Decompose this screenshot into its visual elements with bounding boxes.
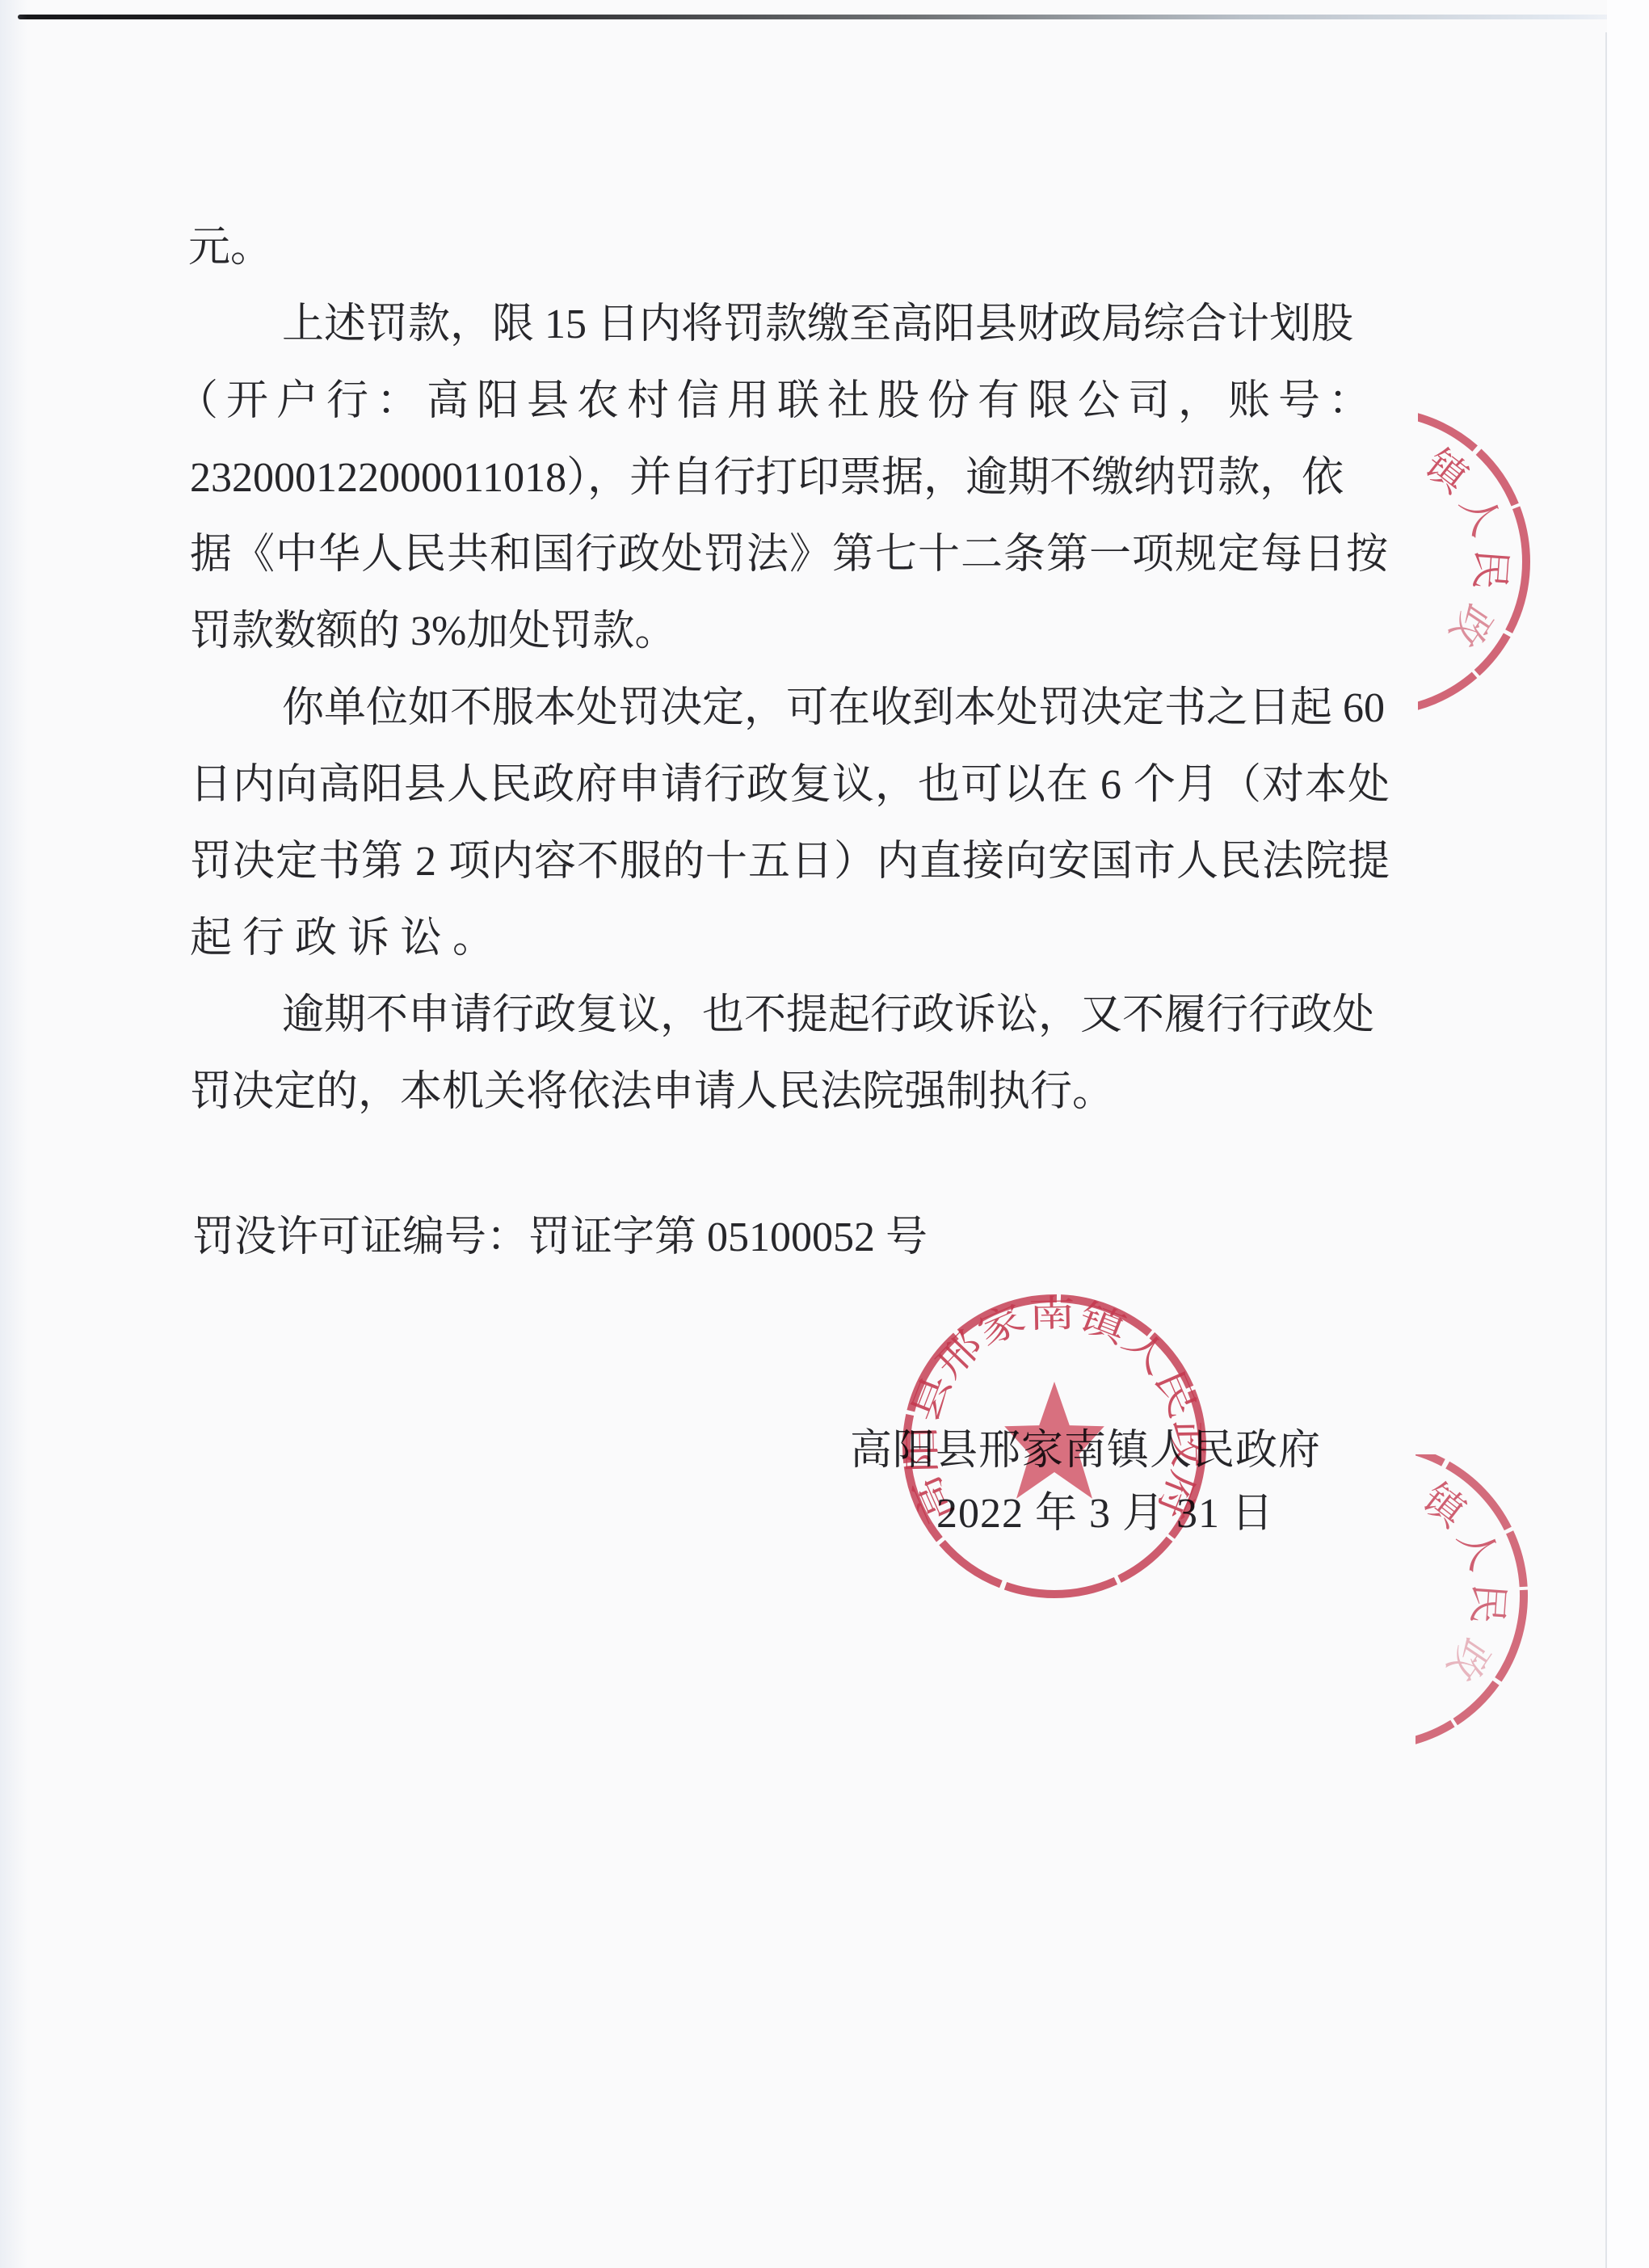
body-text-line-11: 逾期不申请行政复议，也不提起行政诉讼，又不履行行政处 (282, 991, 1374, 1040)
scanner-edge-line (18, 15, 1649, 19)
paper-right-edge-line (1605, 32, 1607, 2268)
partial-seal-top: 镇 人 民 政 (1418, 408, 1539, 715)
partial-seal-top-char-4: 政 (1441, 596, 1501, 655)
body-text-line-10: 起行政诉讼。 (190, 915, 505, 963)
official-seal-graphic: 高阳县邢家南镇人民政府 (893, 1285, 1216, 1608)
scan-left-edge-shadow (0, 0, 27, 2268)
body-text-line-5: 据《中华人民共和国行政处罚法》第七十二条第一项规定每日按 (190, 531, 1389, 579)
permit-number-line: 罚没许可证编号：罚证字第 05100052 号 (192, 1214, 928, 1262)
partial-seal-top-char-2: 人 (1452, 487, 1509, 542)
body-text-line-9: 罚决定书第 2 项内容不服的十五日）内直接向安国市人民法院提 (190, 838, 1390, 886)
seal-star-icon (1004, 1382, 1104, 1499)
partial-seal-bottom-char-4: 政 (1439, 1631, 1499, 1689)
partial-seal-bottom-graphic: 镇 人 民 政 (1416, 1454, 1537, 1745)
partial-seal-top-char-1: 镇 (1418, 441, 1479, 503)
scanned-document-page: 元。 上述罚款，限 15 日内将罚款缴至高阳县财政局综合计划股 （开户行：高阳县… (0, 0, 1649, 2268)
body-text-line-4: 232000122000011018），并自行打印票据，逾期不缴纳罚款，依 (190, 454, 1344, 503)
body-text-line-7: 你单位如不服本处罚决定，可在收到本处罚决定书之日起 60 (282, 684, 1385, 733)
body-text-line-2: 上述罚款，限 15 日内将罚款缴至高阳县财政局综合计划股 (282, 301, 1353, 349)
partial-seal-top-graphic: 镇 人 民 政 (1418, 408, 1539, 715)
partial-seal-bottom: 镇 人 民 政 (1416, 1454, 1537, 1745)
body-text-line-8: 日内向高阳县人民政府申请行政复议，也可以在 6 个月（对本处 (190, 761, 1390, 810)
body-text-line-1: 元。 (188, 224, 272, 272)
partial-seal-bottom-char-3: 民 (1464, 1582, 1512, 1626)
body-text-line-6: 罚款数额的 3%加处罚款。 (190, 608, 676, 656)
scan-right-margin (1607, 0, 1649, 2268)
partial-seal-top-char-3: 民 (1466, 548, 1514, 591)
partial-seal-bottom-char-1: 镇 (1416, 1475, 1476, 1538)
official-seal: 高阳县邢家南镇人民政府 (893, 1285, 1216, 1608)
body-text-line-12: 罚决定的，本机关将依法申请人民法院强制执行。 (190, 1068, 1114, 1117)
partial-seal-bottom-char-2: 人 (1449, 1521, 1507, 1576)
body-text-line-3: （开户行：高阳县农村信用联社股份有限公司，账号： (176, 377, 1378, 426)
